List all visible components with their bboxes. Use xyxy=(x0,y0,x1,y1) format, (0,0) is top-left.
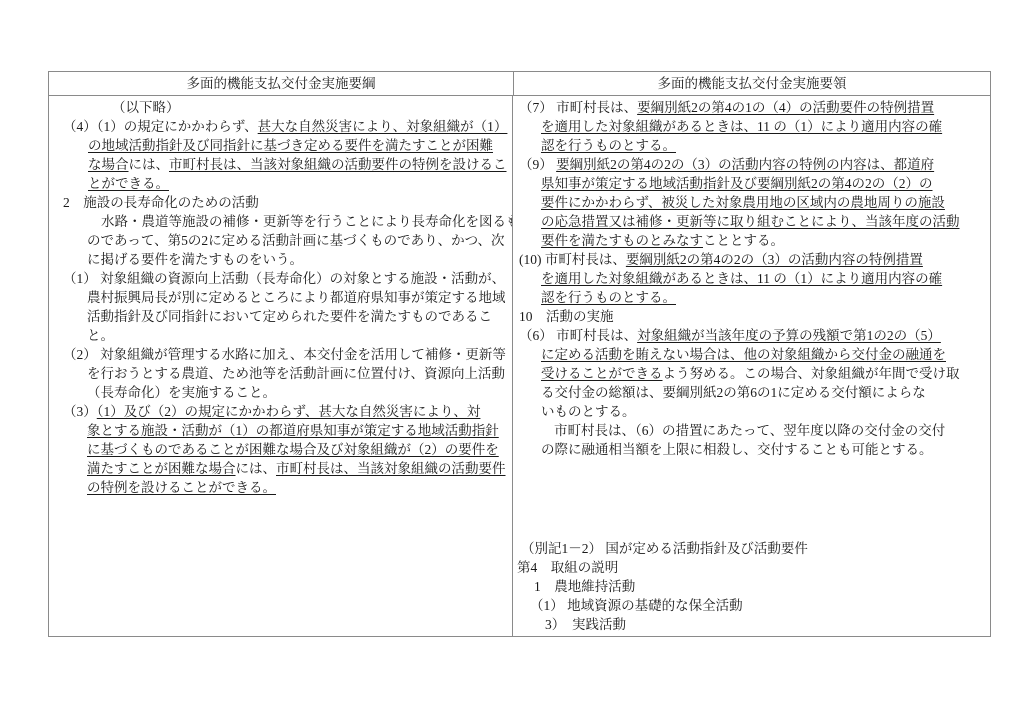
text-line: 3） 実践活動 xyxy=(517,615,990,634)
text-line: 農村振興局長が別に定めるところにより都道府県知事が策定する地域 xyxy=(63,288,512,307)
underlined-text: 甚大な自然災害により、対象組織が（1） xyxy=(258,119,508,134)
text-line: 象とする施設・活動が（1）の都道府県知事が策定する地域活動指針 xyxy=(63,421,512,440)
document-page: 多面的機能支払交付金実施要綱 多面的機能支払交付金実施要領 （以下略）（4）（1… xyxy=(0,0,1024,724)
underlined-text: 県知事が策定する地域活動指針及び要綱別紙2の第4の2の（2）の xyxy=(541,176,933,191)
text-segment: 2 施設の長寿命化のための活動 xyxy=(63,195,259,210)
text-line: 市町村長は、（6）の措置にあたって、翌年度以降の交付金の交付 xyxy=(517,421,990,440)
underlined-text: 満たすことが困難な場合 xyxy=(87,461,236,476)
underlined-text: 認を行うものとする。 xyxy=(541,290,676,305)
text-line: 要件にかかわらず、被災した対象農用地の区域内の農地周りの施設 xyxy=(517,193,990,212)
text-line: （7） 市町村長は、要綱別紙2の第4の1の（4）の活動要件の特例措置 xyxy=(517,98,990,117)
right-column-cell: （7） 市町村長は、要綱別紙2の第4の1の（4）の活動要件の特例措置を適用した対… xyxy=(513,96,990,636)
text-segment: （6） 市町村長は、 xyxy=(519,328,637,343)
text-segment: よう努める。この場合、対象組織が年間で受け取 xyxy=(663,366,960,381)
text-line: (10) 市町村長は、要綱別紙2の第4の2の（3）の活動内容の特例措置 xyxy=(517,250,990,269)
text-segment: （別記1－2） 国が定める活動指針及び活動要件 xyxy=(521,541,808,556)
text-segment: に掲げる要件を満たすものをいう。 xyxy=(87,252,303,267)
text-line: と。 xyxy=(63,326,512,345)
text-line: の際に融通相当額を上限に相殺し、交付することも可能とする。 xyxy=(517,440,990,459)
text-segment: る交付金の総額は、要綱別紙2の第6の1に定める交付額によらな xyxy=(541,385,926,400)
underlined-text: に基づくものであることが困難な場合及び対象組織が（2）の要件を xyxy=(87,442,499,457)
text-line: 活動指針及び同指針において定められた要件を満たすものであるこ xyxy=(63,307,512,326)
table-body-row: （以下略）（4）（1）の規定にかかわらず、甚大な自然災害により、対象組織が（1）… xyxy=(49,96,990,636)
text-line: の特例を設けることができる。 xyxy=(63,478,512,497)
text-segment: （長寿命化）を実施すること。 xyxy=(87,385,276,400)
text-line: 受けることができるよう努める。この場合、対象組織が年間で受け取 xyxy=(517,364,990,383)
text-segment: 活動指針及び同指針において定められた要件を満たすものであるこ xyxy=(87,309,492,324)
left-column-cell: （以下略）（4）（1）の規定にかかわらず、甚大な自然災害により、対象組織が（1）… xyxy=(49,96,513,636)
underlined-text: 認を行うものとする。 xyxy=(541,138,676,153)
text-segment: （以下略） xyxy=(112,100,180,115)
underlined-text: 要綱別紙2の第4の1の（4）の活動要件の特例措置 xyxy=(637,100,934,115)
text-line: を適用した対象組織があるときは、11 の（1）により適用内容の確 xyxy=(517,117,990,136)
text-line: （以下略） xyxy=(63,98,512,117)
text-line: （3）（1）及び（2）の規定にかかわらず、甚大な自然災害により、対 xyxy=(63,402,512,421)
text-line: に定める活動を賄えない場合は、他の対象組織から交付金の融通を xyxy=(517,345,990,364)
text-segment: 水路・農道等施設の補修・更新等を行うことにより長寿命化を図るも xyxy=(101,214,512,229)
underlined-text: を適用した対象組織があるときは、11 の（1）により適用内容の確 xyxy=(541,119,942,134)
text-segment: （9） xyxy=(519,157,556,172)
underlined-text: の応急措置又は補修・更新等に取り組むことにより、当該年度の活動 xyxy=(541,214,960,229)
text-segment: のであって、第5の2に定める活動計画に基づくものであり、かつ、次 xyxy=(87,233,505,248)
underlined-text: 象とする施設・活動が（1）の都道府県知事が策定する地域活動指針 xyxy=(87,423,499,438)
underlined-text: 対象組織が当該年度の予算の残額で第1の2の（5） xyxy=(637,328,941,343)
text-segment: (10) 市町村長は、 xyxy=(519,252,626,267)
text-line: 水路・農道等施設の補修・更新等を行うことにより長寿命化を図るも xyxy=(63,212,512,231)
text-line: 満たすことが困難な場合には、市町村長は、当該対象組織の活動要件 xyxy=(63,459,512,478)
text-line: （6） 市町村長は、対象組織が当該年度の予算の残額で第1の2の（5） xyxy=(517,326,990,345)
text-segment: を行おうとする農道、ため池等を活動計画に位置付け、資源向上活動 xyxy=(87,366,505,381)
text-segment: こととする。 xyxy=(703,233,784,248)
text-segment: （1） 対象組織の資源向上活動（長寿命化）の対象とする施設・活動が、 xyxy=(63,271,505,286)
text-segment: （1） 地域資源の基礎的な保全活動 xyxy=(530,598,743,613)
text-segment: （4）（1）の規定にかかわらず、 xyxy=(63,119,258,134)
text-line: を適用した対象組織があるときは、11 の（1）により適用内容の確 xyxy=(517,269,990,288)
text-line: 県知事が策定する地域活動指針及び要綱別紙2の第4の2の（2）の xyxy=(517,174,990,193)
text-segment: と。 xyxy=(87,328,114,343)
text-segment: の際に融通相当額を上限に相殺し、交付することも可能とする。 xyxy=(541,442,933,457)
left-column-header: 多面的機能支払交付金実施要綱 xyxy=(49,72,514,95)
underlined-text: 要綱別紙2の第4の2の（3）の活動内容の特例の内容は、都道府 xyxy=(556,157,934,172)
text-line: 第4 取組の説明 xyxy=(517,558,990,577)
text-line: 2 施設の長寿命化のための活動 xyxy=(63,193,512,212)
text-segment: 第4 取組の説明 xyxy=(517,560,618,575)
text-line: （9） 要綱別紙2の第4の2の（3）の活動内容の特例の内容は、都道府 xyxy=(517,155,990,174)
underlined-text: 要綱別紙2の第4の2の（3）の活動内容の特例措置 xyxy=(626,252,923,267)
text-line: に基づくものであることが困難な場合及び対象組織が（2）の要件を xyxy=(63,440,512,459)
text-line: る交付金の総額は、要綱別紙2の第6の1に定める交付額によらな xyxy=(517,383,990,402)
text-line: 10 活動の実施 xyxy=(517,307,990,326)
text-line: とができる。 xyxy=(63,174,512,193)
underlined-text: を適用した対象組織があるときは、11 の（1）により適用内容の確 xyxy=(541,271,942,286)
underlined-text: 受けることができる xyxy=(541,366,663,381)
text-segment: には、 xyxy=(236,461,277,476)
underlined-text: 要件を満たすものとみなす xyxy=(541,233,703,248)
text-segment: には、 xyxy=(129,157,170,172)
underlined-text: の特例を設けることができる。 xyxy=(87,480,276,495)
text-line: （2） 対象組織が管理する水路に加え、本交付金を活用して補修・更新等 xyxy=(63,345,512,364)
text-segment: 市町村長は、（6）の措置にあたって、翌年度以降の交付金の交付 xyxy=(554,423,945,438)
text-line: 1 農地維持活動 xyxy=(517,577,990,596)
underlined-text: 市町村長は、当該対象組織の活動要件 xyxy=(276,461,506,476)
text-line: いものとする。 xyxy=(517,402,990,421)
text-line: な場合には、市町村長は、当該対象組織の活動要件の特例を設けるこ xyxy=(63,155,512,174)
text-line: （長寿命化）を実施すること。 xyxy=(63,383,512,402)
underlined-text: に定める活動を賄えない場合は、他の対象組織から交付金の融通を xyxy=(541,347,946,362)
text-line: に掲げる要件を満たすものをいう。 xyxy=(63,250,512,269)
right-column-header: 多面的機能支払交付金実施要領 xyxy=(514,72,990,95)
text-line: を行おうとする農道、ため池等を活動計画に位置付け、資源向上活動 xyxy=(63,364,512,383)
text-segment: 農村振興局長が別に定めるところにより都道府県知事が策定する地域 xyxy=(87,290,506,305)
underlined-text: の地域活動指針及び同指針に基づき定める要件を満たすことが困難 xyxy=(88,138,493,153)
underlined-text: な場合 xyxy=(88,157,129,172)
text-line: の応急措置又は補修・更新等に取り組むことにより、当該年度の活動 xyxy=(517,212,990,231)
text-line: （4）（1）の規定にかかわらず、甚大な自然災害により、対象組織が（1） xyxy=(63,117,512,136)
text-line: 認を行うものとする。 xyxy=(517,136,990,155)
text-line: の地域活動指針及び同指針に基づき定める要件を満たすことが困難 xyxy=(63,136,512,155)
text-segment: （7） 市町村長は、 xyxy=(519,100,637,115)
text-line: （1） 地域資源の基礎的な保全活動 xyxy=(517,596,990,615)
table-header-row: 多面的機能支払交付金実施要綱 多面的機能支払交付金実施要領 xyxy=(49,72,990,96)
underlined-text: 市町村長は、当該対象組織の活動要件の特例を設けるこ xyxy=(169,157,507,172)
text-segment: （2） 対象組織が管理する水路に加え、本交付金を活用して補修・更新等 xyxy=(63,347,506,362)
text-line: 認を行うものとする。 xyxy=(517,288,990,307)
text-line: のであって、第5の2に定める活動計画に基づくものであり、かつ、次 xyxy=(63,231,512,250)
underlined-text: 要件にかかわらず、被災した対象農用地の区域内の農地周りの施設 xyxy=(541,195,945,210)
text-line: （別記1－2） 国が定める活動指針及び活動要件 xyxy=(517,539,990,558)
text-segment: 1 農地維持活動 xyxy=(534,579,635,594)
underlined-text: （1）及び（2）の規定にかかわらず、甚大な自然災害により、対 xyxy=(97,404,481,419)
comparison-table: 多面的機能支払交付金実施要綱 多面的機能支払交付金実施要領 （以下略）（4）（1… xyxy=(48,71,991,637)
text-segment: （3） xyxy=(63,404,97,419)
text-line: 要件を満たすものとみなすこととする。 xyxy=(517,231,990,250)
underlined-text: とができる。 xyxy=(88,176,169,191)
text-segment: いものとする。 xyxy=(541,404,636,419)
text-segment: 3） 実践活動 xyxy=(545,617,626,632)
text-line: （1） 対象組織の資源向上活動（長寿命化）の対象とする施設・活動が、 xyxy=(63,269,512,288)
text-segment: 10 活動の実施 xyxy=(519,309,614,324)
